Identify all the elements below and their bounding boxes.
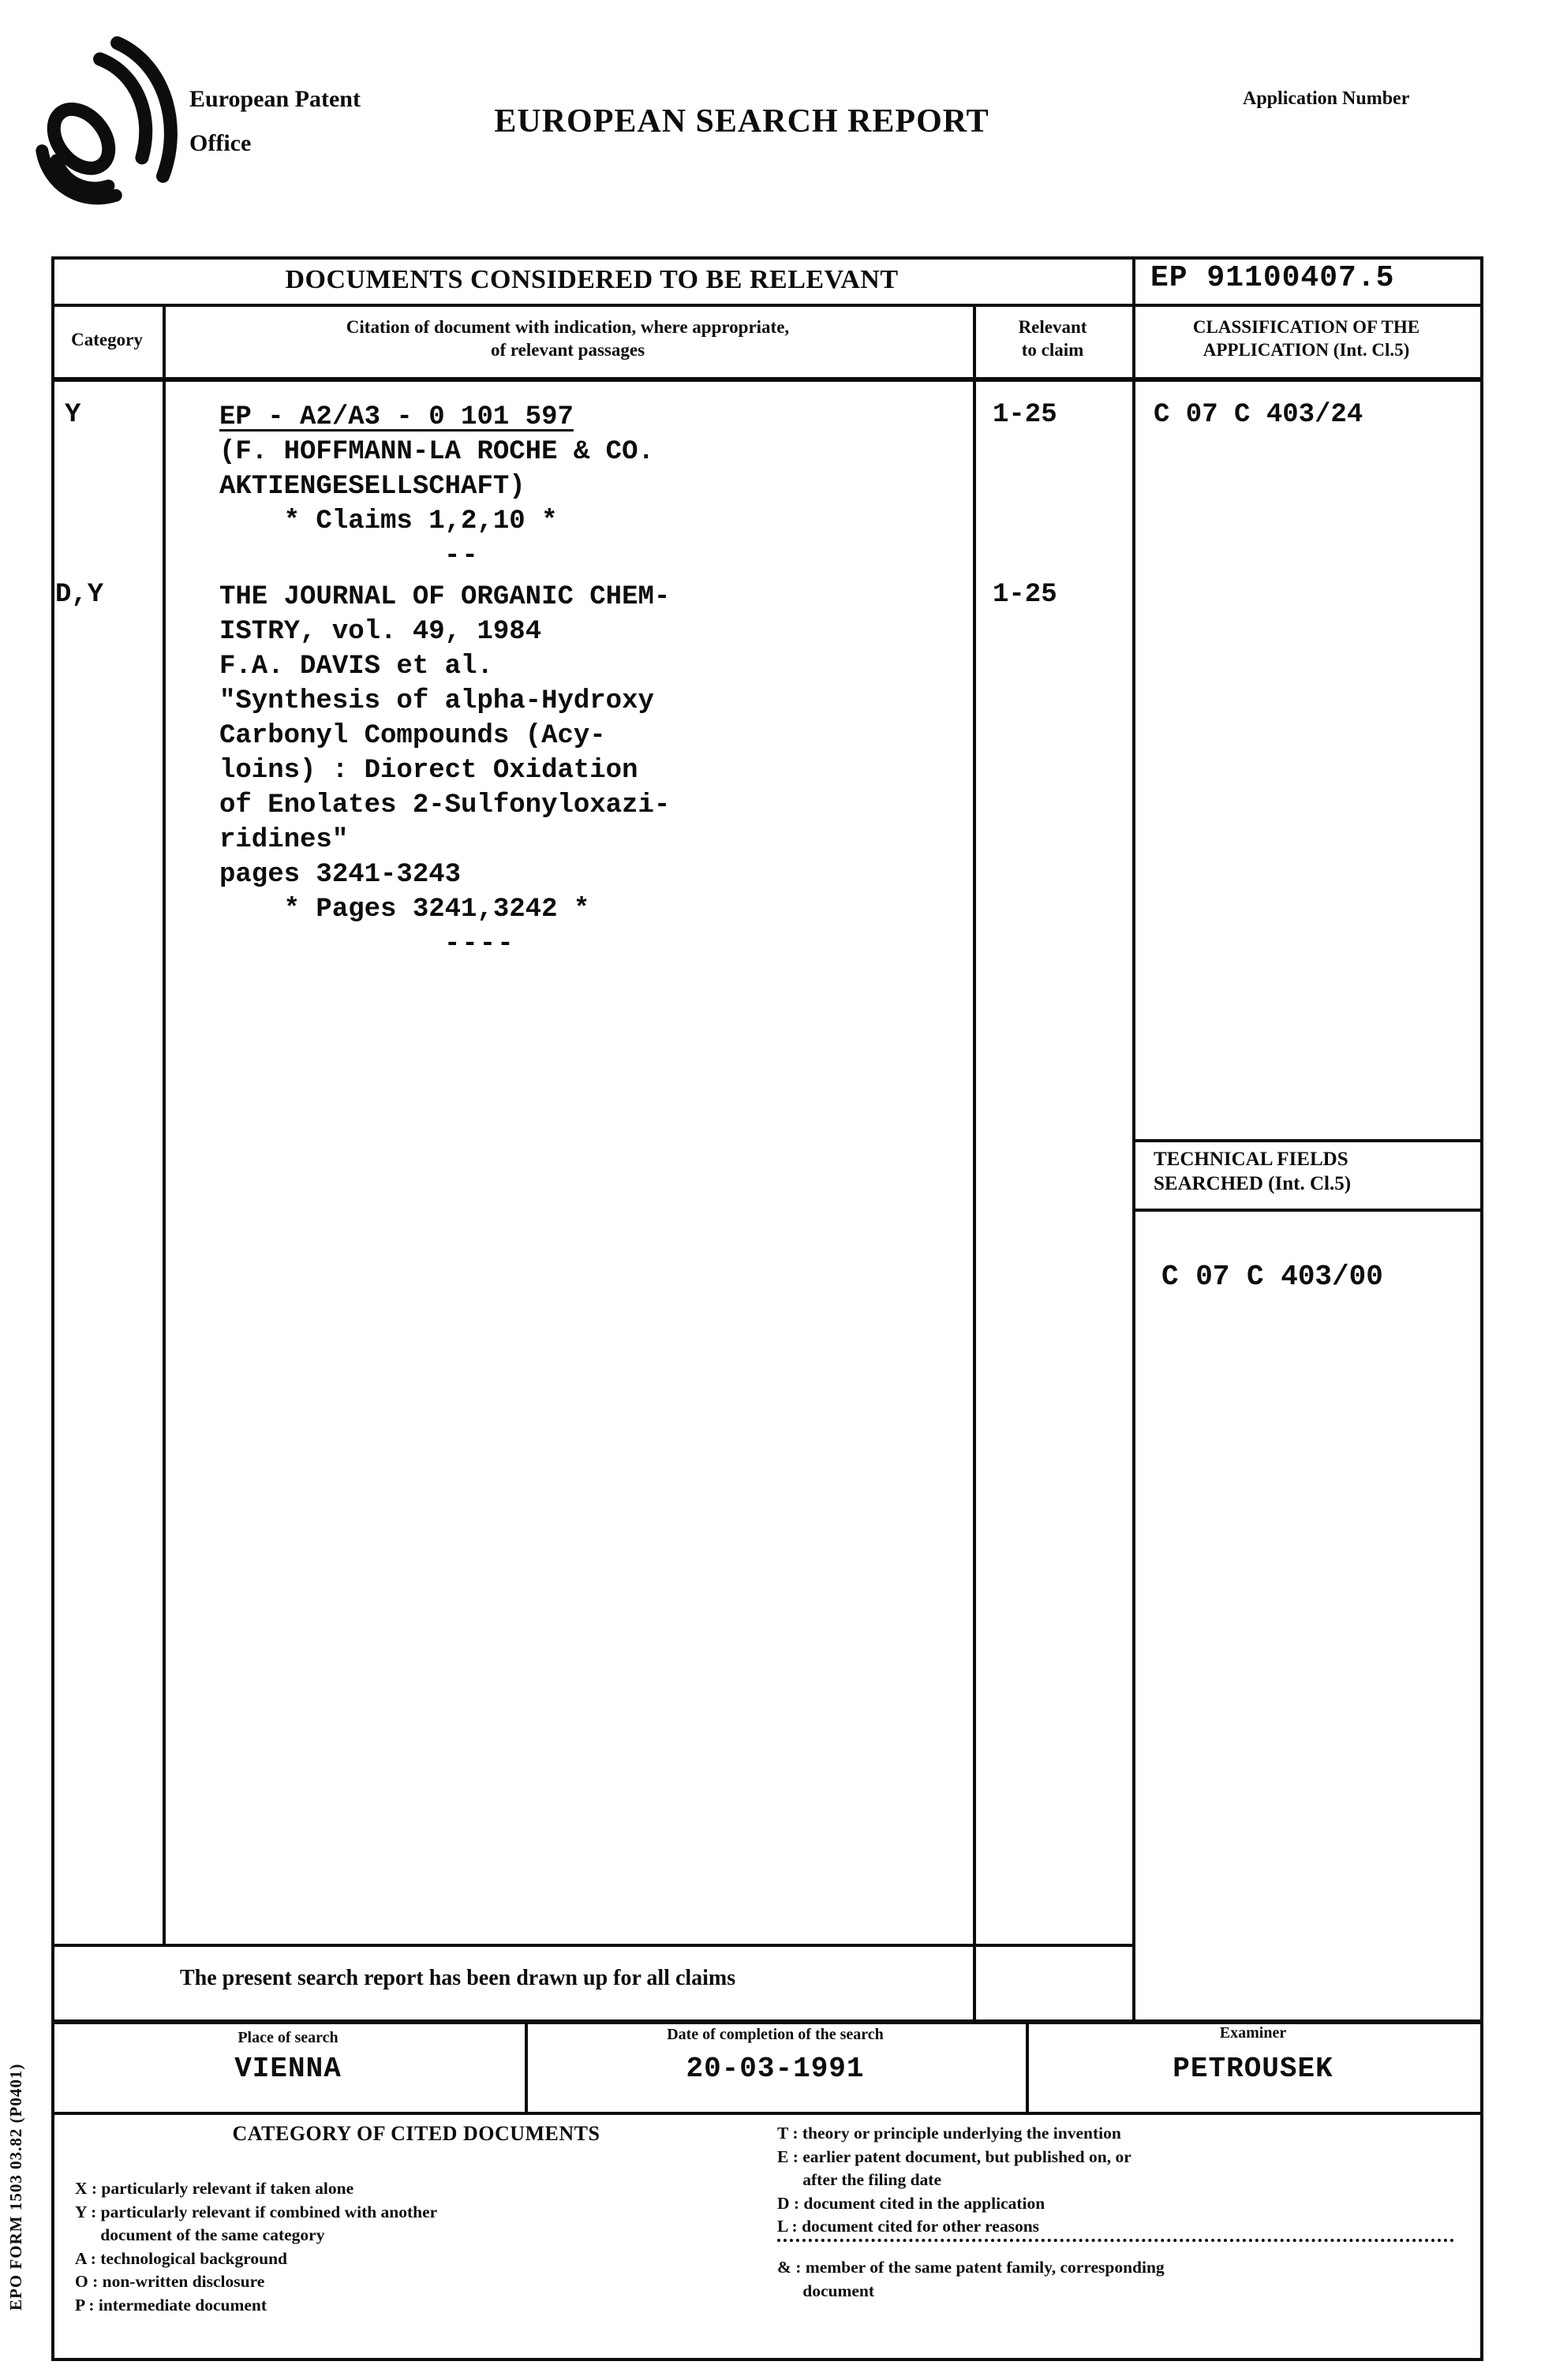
place-of-search-label: Place of search bbox=[51, 2029, 525, 2047]
rule-below-title-row bbox=[51, 304, 1480, 307]
citation-row-relevant-to-claim: 1-25 bbox=[993, 580, 1057, 610]
page-title: EUROPEAN SEARCH REPORT bbox=[426, 103, 1057, 140]
date-of-completion-value: 20-03-1991 bbox=[525, 2053, 1026, 2085]
legend-item: E : earlier patent document, but publish… bbox=[777, 2146, 1131, 2169]
citation-row-category: Y bbox=[65, 400, 80, 430]
column-header-category: Category bbox=[51, 328, 163, 351]
column-header-relevant-line1: Relevant bbox=[973, 316, 1132, 338]
citation-line: loins) : Diorect Oxidation bbox=[219, 753, 670, 788]
legend-left-list: X : particularly relevant if taken alone… bbox=[75, 2177, 437, 2317]
rule-above-legend bbox=[51, 2112, 1480, 2115]
legend-item: L : document cited for other reasons bbox=[777, 2215, 1131, 2239]
rule-technical-fields-top bbox=[1132, 1139, 1480, 1142]
citation-row-category: D,Y bbox=[55, 580, 103, 610]
citation-line: ISTRY, vol. 49, 1984 bbox=[219, 615, 670, 649]
citation-line: F.A. DAVIS et al. bbox=[219, 649, 670, 684]
citation-line: -- bbox=[219, 539, 654, 574]
rule-relevant-divider bbox=[973, 304, 976, 2019]
citation-line: EP - A2/A3 - 0 101 597 bbox=[219, 400, 654, 435]
date-of-completion-label: Date of completion of the search bbox=[525, 2026, 1026, 2044]
citation-line: * Pages 3241,3242 * bbox=[219, 892, 670, 927]
column-header-classification-line1: CLASSIFICATION OF THE bbox=[1132, 316, 1480, 338]
legend-item: document bbox=[777, 2280, 1165, 2303]
legend-item: T : theory or principle underlying the i… bbox=[777, 2122, 1131, 2146]
form-code: EPO FORM 1503 03.82 (P0401) bbox=[6, 2016, 26, 2359]
citation-row-text: THE JOURNAL OF ORGANIC CHEM-ISTRY, vol. … bbox=[219, 580, 670, 962]
search-note: The present search report has been drawn… bbox=[180, 1966, 735, 1991]
office-name-line2: Office bbox=[189, 121, 361, 166]
legend-item: X : particularly relevant if taken alone bbox=[75, 2177, 437, 2201]
examiner-label: Examiner bbox=[1026, 2024, 1480, 2042]
rule-technical-fields-bottom bbox=[1132, 1209, 1480, 1212]
documents-table-title: DOCUMENTS CONSIDERED TO BE RELEVANT bbox=[51, 265, 1132, 295]
rule-below-column-headers bbox=[51, 377, 1480, 382]
column-header-classification: CLASSIFICATION OF THE APPLICATION (Int. … bbox=[1132, 316, 1480, 361]
citation-line: (F. HOFFMANN-LA ROCHE & CO. bbox=[219, 435, 654, 469]
technical-fields-header-line2: SEARCHED (Int. Cl.5) bbox=[1154, 1171, 1351, 1196]
legend-item: & : member of the same patent family, co… bbox=[777, 2256, 1165, 2280]
application-number-label: Application Number bbox=[1243, 88, 1409, 110]
citation-row-classification: C 07 C 403/24 bbox=[1154, 400, 1363, 430]
office-name-line1: European Patent bbox=[189, 77, 361, 121]
citation-line: ridines" bbox=[219, 823, 670, 857]
legend-item: Y : particularly relevant if combined wi… bbox=[75, 2201, 437, 2225]
citation-line: * Claims 1,2,10 * bbox=[219, 504, 654, 539]
legend-item: document of the same category bbox=[75, 2224, 437, 2247]
legend-item: O : non-written disclosure bbox=[75, 2270, 437, 2294]
citation-line: pages 3241-3243 bbox=[219, 857, 670, 892]
citation-line: "Synthesis of alpha-Hydroxy bbox=[219, 684, 670, 719]
column-header-relevant-line2: to claim bbox=[973, 338, 1132, 361]
rule-classification-divider bbox=[1132, 256, 1135, 2019]
column-header-relevant: Relevant to claim bbox=[973, 316, 1132, 361]
epo-logo bbox=[24, 35, 213, 225]
rule-category-divider bbox=[163, 304, 166, 1944]
legend-item: A : technological background bbox=[75, 2247, 437, 2271]
column-header-citation-line1: Citation of document with indication, wh… bbox=[163, 316, 973, 338]
legend-item: P : intermediate document bbox=[75, 2294, 437, 2318]
technical-fields-value: C 07 C 403/00 bbox=[1161, 1261, 1383, 1293]
column-header-citation: Citation of document with indication, wh… bbox=[163, 316, 973, 361]
legend-title: CATEGORY OF CITED DOCUMENTS bbox=[51, 2122, 781, 2146]
citation-line: Carbonyl Compounds (Acy- bbox=[219, 719, 670, 753]
citation-line: of Enolates 2-Sulfonyloxazi- bbox=[219, 788, 670, 823]
column-header-citation-line2: of relevant passages bbox=[163, 338, 973, 361]
legend-item: after the filing date bbox=[777, 2169, 1131, 2192]
technical-fields-header-line1: TECHNICAL FIELDS bbox=[1154, 1147, 1351, 1171]
legend-right-list: T : theory or principle underlying the i… bbox=[777, 2122, 1131, 2239]
citation-row-text: EP - A2/A3 - 0 101 597(F. HOFFMANN-LA RO… bbox=[219, 400, 654, 574]
citation-line: AKTIENGESELLSCHAFT) bbox=[219, 469, 654, 504]
technical-fields-header: TECHNICAL FIELDS SEARCHED (Int. Cl.5) bbox=[1154, 1147, 1351, 1196]
citation-row-relevant-to-claim: 1-25 bbox=[993, 400, 1057, 430]
search-report-page: European Patent Office EUROPEAN SEARCH R… bbox=[0, 0, 1556, 2380]
place-of-search-value: VIENNA bbox=[51, 2053, 525, 2085]
legend-right-list-continued: & : member of the same patent family, co… bbox=[777, 2256, 1165, 2303]
citation-line: THE JOURNAL OF ORGANIC CHEM- bbox=[219, 580, 670, 615]
application-number: EP 91100407.5 bbox=[1150, 261, 1394, 295]
examiner-value: PETROUSEK bbox=[1026, 2053, 1480, 2085]
citation-line: ---- bbox=[219, 927, 670, 962]
column-header-classification-line2: APPLICATION (Int. Cl.5) bbox=[1132, 338, 1480, 361]
legend-item: D : document cited in the application bbox=[777, 2192, 1131, 2216]
office-name: European Patent Office bbox=[189, 77, 361, 166]
legend-dotted-divider bbox=[777, 2239, 1454, 2242]
